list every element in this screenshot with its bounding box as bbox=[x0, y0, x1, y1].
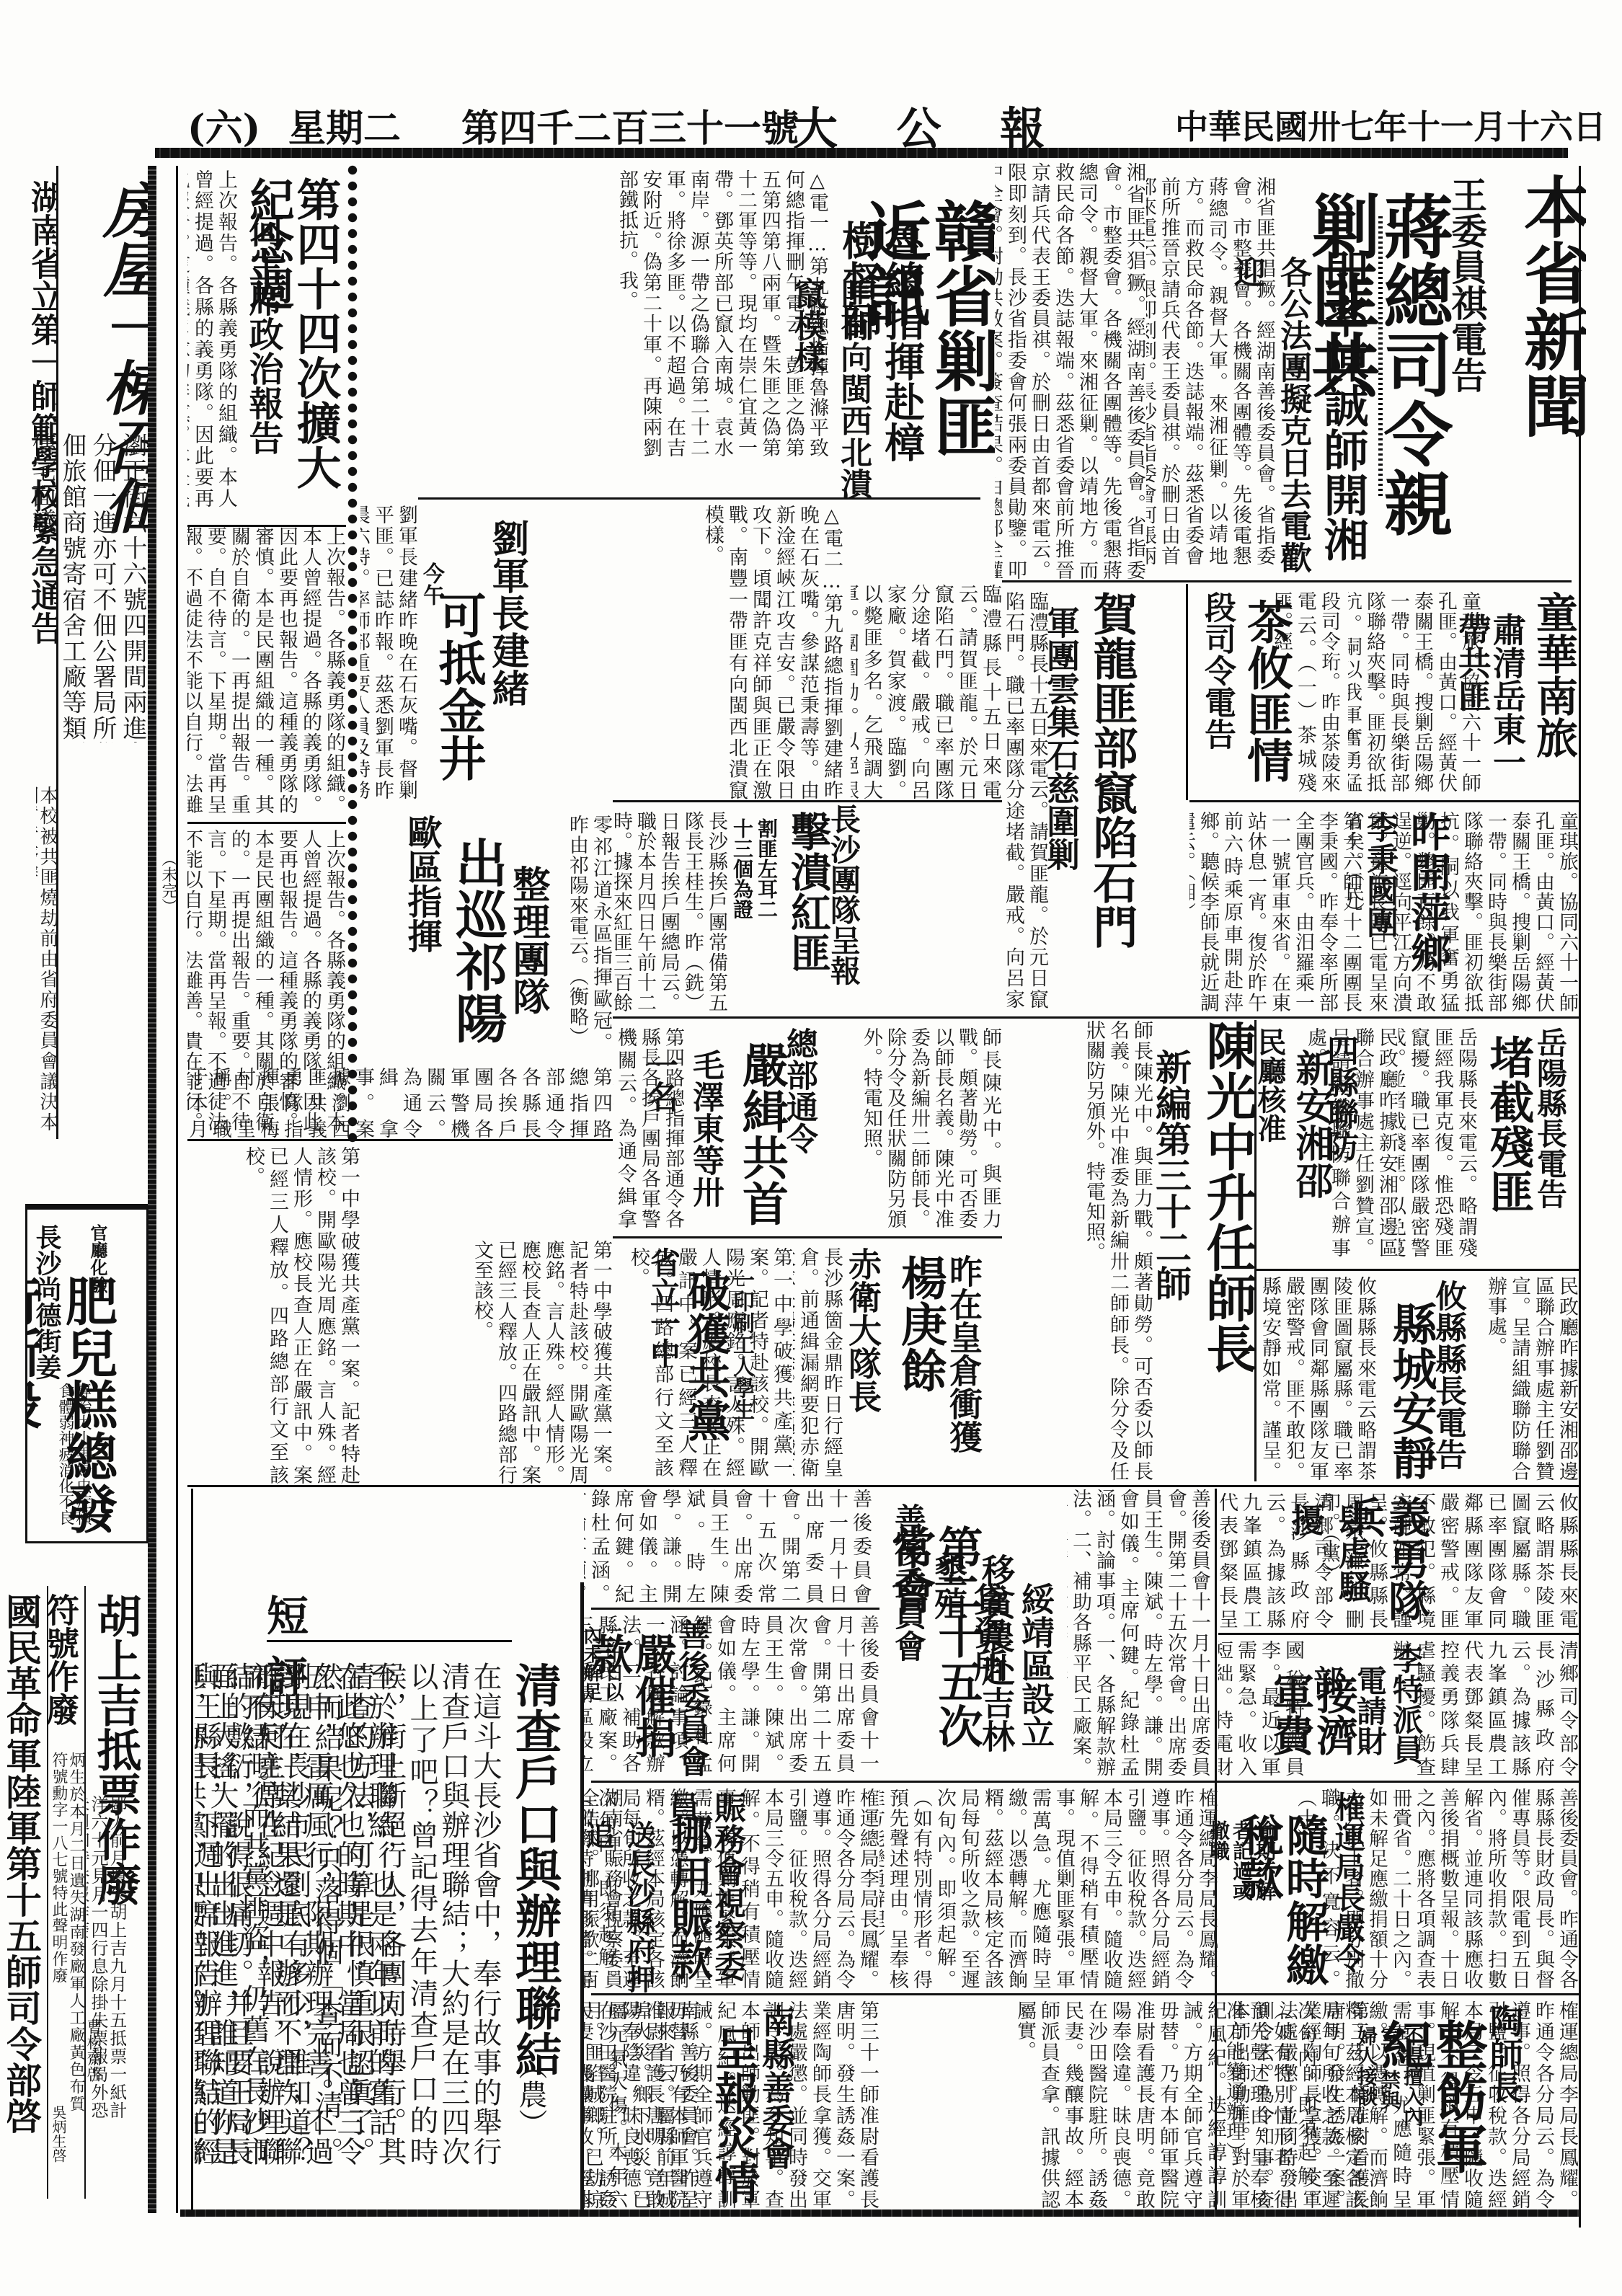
headline: 堵截殘匪 bbox=[1485, 1034, 1532, 1213]
article-memorial-week-continued: 上次報告。各縣義勇隊的組織。本人曾經提過。各縣的義勇隊。因此要再也報告。這種義勇… bbox=[187, 526, 346, 815]
headline: 賀龍匪部竄陷石門 bbox=[1089, 591, 1135, 949]
article-body: 臨澧縣長十五日來電云。請賀匪龍。於元日竄陷石門。職已率團隊分途堵截。嚴戒。向呂家… bbox=[1002, 591, 1049, 1009]
article-body-prev: 善後委員會十一月十日出席委員會。開第二十五次常會。出席委員王生。陳斌。時左學。謙… bbox=[721, 1615, 879, 1773]
editorial-byline: （農） bbox=[510, 2051, 551, 2137]
divider bbox=[613, 800, 1002, 802]
ad-column-border-inner bbox=[176, 166, 178, 2213]
article-mao: 師長陳光中。與匪力戰。頗著勛勞。可否委以師長名義。陳光中准委為新編卅二師師長。除… bbox=[613, 1020, 1002, 1236]
bottom-rule bbox=[180, 2209, 1579, 2217]
article-body-fragment-2: 第一中學破獲共產黨一案。記者特赴該校。開歐陽光周應銘。言人殊。經人情形。應校長查… bbox=[187, 1146, 360, 1485]
publication-date: 中華民國卅七年十一月十六日 bbox=[1175, 99, 1606, 150]
article-jiangxi-body2: △電二…第九路總指揮劉建緒昨晚在石灰嘴。參謀范秉壽等。由新淦經峽江攻吉安。已嚴令… bbox=[555, 505, 843, 800]
article-liu-jianxu-body: 劉軍長建緒昨晚在石灰嘴。督剿平匪。已誌昨報。茲悉劉軍長昨晨六時。率師部重要人員及… bbox=[360, 505, 418, 800]
article-wang-telegram-continued: 湘省匪共猖獗。經湖南善後委員會。省指委會。市整委會。各機關各團體等。先後電懇蔣總… bbox=[995, 162, 1146, 580]
article-body-prev: 善後委員會。昨通令各縣縣長財政局長。與督催專員等。限電到五日內。將所收捐款。扫數… bbox=[1377, 1788, 1579, 1990]
article-chen-guangzhong-body: 師長陳光中。與匪力戰。頗著勛勞。可否委以師長名義。陳光中准委為新編卅二師師長。除… bbox=[1002, 1020, 1153, 1481]
headline: 縣城安靜 bbox=[1388, 1301, 1435, 1480]
divider bbox=[187, 1139, 613, 1141]
article-body: 第一中學破獲共產黨一案。記者特赴該校。開歐陽光周應銘。言人殊。經人情形。應校長查… bbox=[757, 1247, 793, 1478]
page-number: (六) bbox=[187, 99, 260, 150]
subheadline: 即率陳誠師開湘 bbox=[1319, 249, 1366, 562]
divider bbox=[187, 822, 346, 824]
ornament-rule bbox=[267, 1640, 512, 1645]
article-body: 湖南省賑務會視察委員全浩然。挪用賑款二百餘元。經該會查實。送押長沙縣政府云。逕啟… bbox=[584, 1788, 624, 1990]
ad-body: 炳生於本月二日遺失湖南發廠軍人工廠黃色布質符號勳字一八七號特此聲明作廢 bbox=[63, 1752, 84, 2112]
section-label: 本省新聞 bbox=[1499, 173, 1586, 490]
ad-lost-note-signer: 曹松齋啓 bbox=[83, 2018, 105, 2127]
article-body: 長沙縣箇金鼎昨日行經皇倉。前通緝漏網要犯赤衛大隊長楊庚餘。突遇職區同仁。十七午前… bbox=[793, 1247, 843, 1478]
article-body: △電一…第九路總指揮魯滌平致何總指揮刪午電云。彭匪之偽第五第四第八兩軍。暨朱匪之… bbox=[411, 169, 829, 458]
article-body-prev: 榷運總局李局長鳳耀。昨通令各分局云。為令遵事。照得各分局經銷引鹽。征收稅款。迭經… bbox=[1535, 2000, 1579, 2209]
right-border bbox=[1579, 166, 1581, 2228]
article-body: 長沙縣挨戶團常備第五隊長王桂生。昨（銑）日報告挨戶團總局云。職於本月四日午前十二… bbox=[613, 811, 728, 1013]
kicker: 榷運局長嚴令 bbox=[1326, 1791, 1370, 1973]
divider bbox=[1254, 1020, 1257, 1481]
issue-number: 第四千二百三十一號 bbox=[461, 99, 799, 150]
kicker: 民廳核准 bbox=[1254, 1027, 1290, 1143]
article-youxian: 民政廳昨據新安湘邵邊區聯合辦事處主任劉贊宣。呈請組織聯防聯合辦事處。 攸縣縣長電… bbox=[1258, 1272, 1579, 1485]
headline: 挪用賑款 bbox=[666, 1813, 710, 1980]
ad-body: 瀏正街六十六號四開間兩進半樓上樓下大小四十一間分佃一進亦可不佃公署局所學校及一切… bbox=[50, 433, 148, 743]
ad-title: 湖南省立第一師範學校緊急通告 bbox=[22, 180, 58, 644]
ad-column-border bbox=[148, 166, 156, 2213]
article-jiangxi: 贛省剿匪近訊 魯總指揮赴樟樹督師 匪有向閩西北潰竄模樣 △電一…第九路總指揮魯滌… bbox=[411, 162, 995, 501]
headline: 呈報災情 bbox=[710, 2026, 757, 2204]
divider bbox=[591, 1608, 879, 1610]
ad-title: 國民革命軍陸軍第十五師司令部啓 bbox=[7, 1593, 47, 2134]
article-yueyang: 岳陽縣長電告 堵截殘匪 岳陽縣長來電云。略謂殘匪經我軍克復。惟恐殘匪竄擾。職已率… bbox=[1399, 1020, 1579, 1265]
article-body: 岳陽縣長來電云。略謂殘匪經我軍克復。惟恐殘匪竄擾。職已率團隊嚴密警戒。並堵截殘匪… bbox=[1399, 1027, 1478, 1258]
article-tax: 善後委員會。昨通令各縣縣長財政局長。與督催專員等。限電到五日內。將所收捐款。扫數… bbox=[879, 1784, 1579, 1993]
article-body: 第十六師九十二團團長李秉國。昨奉令率所部全團官兵。由汨羅乘一一一號軍車來省。在東… bbox=[1189, 811, 1362, 1013]
subheadline: 赤衛大隊長 bbox=[839, 1247, 887, 1413]
kicker: 岳陽縣長電告 bbox=[1528, 1027, 1572, 1209]
article-body-prev: 攸縣縣長來電云略謂茶陵匪圖竄屬縣。職已率團隊會同鄰縣團隊友軍嚴密警戒。匪不敢犯。… bbox=[1435, 1492, 1579, 1629]
subheadline-2: 綏靖區設立貸資所 bbox=[965, 1582, 1060, 1777]
article-military-fund: 清鄉司令部令長沙縣政府云。為據該縣九峯鎮區農工代表鄧粲長呈控義勇隊兵肆虐騷擾。飭… bbox=[1218, 1636, 1579, 1781]
article-chayou: 段司令電告 茶攸匪情 段司令珩。昨由茶陵來電云。（一）茶城殘匪。經 bbox=[1189, 584, 1348, 800]
masthead-rule bbox=[155, 148, 1568, 158]
headline: 可抵金井 bbox=[433, 591, 483, 781]
article-body: 攸縣縣長來電云略謂茶陵匪圖竄屬縣。職已率團隊會同鄰縣團隊友軍嚴密警戒。匪不敢犯。… bbox=[1258, 1276, 1377, 1481]
article-liu-jianxu: 今午 可抵金井 劉軍長建緒 bbox=[418, 505, 562, 800]
article-hongfei: 擊潰紅匪 長沙團隊呈報 割匪左耳二十三個為證 長沙縣挨戶團常備第五隊長王桂生。昨… bbox=[613, 804, 1002, 1020]
ad-title: 符號作廢 bbox=[47, 1593, 84, 1726]
article-body: 零祁江道永區指揮歐冠。昨由祁陽來電云。（衡略） bbox=[555, 815, 613, 1052]
article-body: 南縣善後委員會。昨呈報來省云。屬縣前年城埠火災。鄉下水災。已屬元氣大傷。本年六月… bbox=[584, 2000, 699, 2209]
ad-body: 專治大小男婦虫症積食體弱神疲消化不良 bbox=[56, 1383, 91, 1527]
paper-name: 大 公 報 bbox=[793, 99, 1066, 150]
divider bbox=[591, 1781, 879, 1783]
kicker: 歐區指揮 bbox=[397, 815, 447, 953]
ad-cake: 官廳化驗 肥兒糕總發行所設 長沙尚德街姜 專治大小男婦虫症積食體弱神疲消化不良 bbox=[25, 1207, 149, 1543]
article-body: 第四路總指揮部通令各縣長各挨戶團局各軍警機關云。為通令緝拿事。案據瀏西匪共義勇隊… bbox=[613, 1027, 685, 1229]
editorial-paragraph-3: 昨天何主席在紀念週中報告，說辦理聯結的敷衍，說得很痛切。并且要王局長與王縣長，下… bbox=[195, 1662, 285, 2166]
article-body: 清鄉司令部令長沙縣政府云。為據該縣九峯鎮區農工代表鄧粲長呈控義勇隊兵肆虐騷擾。飭… bbox=[1218, 1492, 1334, 1629]
headline: 童華南旅 bbox=[1531, 591, 1575, 758]
article-shanhou-funds: 善後委員會十一月十日出席委員會。開第二十五次常會。出席委員王生。陳斌。時左學。謙… bbox=[584, 1611, 879, 1777]
article-shanhou-meeting: 善後委員會 第二十五次常會 移貧農赴吉林墾殖 綏靖區設立貸資所 bbox=[879, 1489, 1060, 1777]
newspaper-page: (六) 星期二 第四千二百三十一號 大 公 報 中華民國卅七年十一月十六日 本省… bbox=[0, 0, 1622, 2296]
article-body-prev: 榷運總局李局長鳳耀。昨通令各分局云。為令遵事。照得各分局經銷引鹽。征收稅款。迭經… bbox=[757, 1788, 879, 1990]
article-body-prev: 民政廳昨據新安湘邵邊區聯合辦事處主任劉贊宣。呈請組織聯防聯合辦事處。 bbox=[1478, 1276, 1579, 1481]
ad-lost-badge: 符號作廢 炳生於本月二日遺失湖南發廠軍人工廠黃色布質符號勳字一八七號特此聲明作廢… bbox=[47, 1586, 86, 2199]
headline: 出巡祁陽 bbox=[450, 836, 505, 1044]
subheadline: 劉軍長建緒 bbox=[487, 519, 526, 706]
headline: 嚴緝共首 bbox=[737, 1042, 786, 1226]
divider bbox=[1189, 800, 1579, 802]
article-wang-telegram: 王委員祺電告 蔣總司令親剿匪共 即率陳誠師開湘 各公法團擬克日去電歡迎 湘省匪共… bbox=[1146, 162, 1492, 580]
article-body-prev: 師長陳光中。與匪力戰。頗著勛勞。可否委以師長名義。陳光中准委為新編卅二師師長。除… bbox=[829, 1027, 1002, 1229]
ad-school-notice-body: 本校被共匪燒劫前由省府委員會議決本期暫行停辦 bbox=[36, 786, 58, 1132]
article-yang-gengyu: 昨在皇倉衝獲 楊庚餘 赤衛大隊長 長沙縣箇金鼎昨日行經皇倉。前通緝漏網要犯赤衛大… bbox=[793, 1240, 1002, 1485]
subheadline: 新編第三十二師 bbox=[1153, 1049, 1197, 1301]
note: 割匪左耳二十三個為證 bbox=[730, 818, 779, 926]
article-tong-brigade: 童華南旅 肅清岳東一帶共匪 童琪旅。協同六十一師孔匪。由黃口。經黃伏泰關王橋。搜… bbox=[1348, 584, 1579, 800]
editorial-headline: 清查戶口與辦理聯結 bbox=[510, 1662, 559, 2077]
article-body: 第三十一師准尉看護長唐明。發生誘姦一案。業經陶師長拿獲。交軍法處嚴懲。並同時發出… bbox=[879, 2000, 1370, 2209]
article-chen-guangzhong: 陳光中升任師長 新編第三十二師 bbox=[1153, 1020, 1254, 1481]
article-body: 民政廳昨據新安湘邵邊區聯合辦事處主任劉贊宣。呈請組織聯防聯合辦事處。 bbox=[1362, 1027, 1399, 1258]
ad-location: 長沙尚德街姜 bbox=[29, 1224, 66, 1380]
article-body: 段司令珩。昨由茶陵來電云。（一）茶城殘匪。經 bbox=[1290, 591, 1341, 793]
article-memorial-week: 第四十四次擴大紀念週 何主席政治報告 上次報告。各縣義勇隊的組織。本人曾經提過。… bbox=[187, 162, 346, 523]
divider bbox=[1218, 1633, 1579, 1635]
divider bbox=[879, 1993, 1579, 1995]
divider bbox=[1002, 1016, 1579, 1019]
subheadline: 整理團隊 bbox=[501, 865, 555, 1015]
divider bbox=[1002, 580, 1572, 582]
article-disaster: 第三十一師准尉看護長唐明。發生誘姦一案。業經陶師長拿獲。交軍法處嚴懲。並同時發出… bbox=[584, 1997, 879, 2213]
headline: 楊庚餘 bbox=[896, 1254, 944, 1393]
divider bbox=[191, 1489, 193, 2209]
article-body-prev: 童琪旅。協同六十一師孔匪。由黃口。經黃伏泰關王橋。搜剿岳陽鄉一帶。同時與長樂街部… bbox=[1456, 811, 1579, 1013]
subheadline: 二十日以內未解足應繳額十分之六者撤職 bbox=[584, 1626, 624, 1712]
divider bbox=[613, 1236, 1002, 1238]
editorial-paragraph-2: 至於辦理聯結，也是兩年以前的舊話。在此悠也久也的時期中，當局也曾三令五申，雷厲風… bbox=[288, 1662, 396, 2166]
subheadline: 長沙團隊呈報 bbox=[822, 804, 865, 985]
divider bbox=[1186, 584, 1188, 800]
divider bbox=[879, 1781, 1579, 1783]
article-helong-continued: 臨澧縣長十五日來電云。請賀匪龍。於元日竄陷石門。職已率團隊分途堵截。嚴戒。向呂家… bbox=[851, 584, 1002, 800]
divider bbox=[591, 1993, 879, 1995]
article-body: 上次報告。各縣義勇隊的組織。本人曾經提過。各縣的義勇隊。因此要再也報告。這種義勇… bbox=[187, 169, 238, 508]
article-body: 榷運總局李局長鳳耀。昨通令各分局云。為令遵事。照得各分局經銷引鹽。征收稅款。迭經… bbox=[879, 1788, 1218, 1990]
ad-signer: 吳炳生啓 bbox=[48, 2105, 69, 2163]
editorial-paragraph-1: 在這斗大長沙省會中，奉行故事的舉行清查戶口與辦理聯結；大約是在三四次以上了吧？曾… bbox=[400, 1662, 501, 2166]
divider bbox=[187, 525, 346, 527]
divider bbox=[1254, 1269, 1579, 1271]
article-first-middle-body: 第一中學破獲共產黨一案。記者特赴該校。開歐陽光周應銘。言人殊。經人情形。應校長查… bbox=[360, 1240, 613, 1485]
divider bbox=[613, 1016, 1002, 1019]
ad-army-hq: 國民革命軍陸軍第十五師司令部啓 bbox=[7, 1586, 47, 2199]
divider bbox=[580, 1582, 584, 2209]
article-body-prev: 清鄉司令部令長沙縣政府云。為據該縣九峯鎮區農工代表鄧粲長呈控義勇隊兵肆虐騷擾。飭… bbox=[1435, 1640, 1579, 1777]
wavy-divider bbox=[1378, 216, 1383, 497]
article-body: 湘省匪共猖獗。經湖南善後委員會。省指委會。市整委會。各機關各團體等。先後電懇蔣總… bbox=[1146, 177, 1276, 566]
divider bbox=[187, 1485, 1579, 1487]
bead-divider bbox=[347, 162, 358, 1143]
weekday: 星期二 bbox=[288, 99, 401, 150]
article-relief-funds: 榷運總局李局長鳳耀。昨通令各分局云。為令遵事。照得各分局經銷引鹽。征收稅款。迭經… bbox=[584, 1784, 879, 1993]
article-helong: 賀龍匪部竄陷石門 軍團雲集石慈圍剿 臨澧縣長十五日來電云。請賀匪龍。於元日竄陷石… bbox=[1002, 584, 1186, 1016]
article-xinan: 民廳核准 新安湘邵 四縣聯防 民政廳昨據新安湘邵邊區聯合辦事處主任劉贊宣。呈請組… bbox=[1254, 1020, 1399, 1265]
article-body-fragment: 第四路總指揮部通令各縣長各挨戶團局各軍警機關云。為通令緝拿事。案據瀏西匪共義勇隊… bbox=[187, 1067, 613, 1139]
article-shanhou-meeting-body: 善後委員會十一月十日出席委員會。開第二十五次常會。出席委員王生。陳斌。時左學。謙… bbox=[1067, 1489, 1211, 1777]
article-volunteer: 攸縣縣長來電云略謂茶陵匪圖竄屬縣。職已率團隊會同鄰縣團隊友軍嚴密警戒。匪不敢犯。… bbox=[1218, 1489, 1579, 1633]
article-discipline: 榷運總局李局長鳳耀。昨通令各分局云。為令遵事。照得各分局經銷引鹽。征收稅款。迭經… bbox=[879, 1997, 1579, 2213]
kicker: 段司令電告 bbox=[1194, 591, 1240, 750]
article-pingxiang: 昨開萍鄉 李秉國團 第十六師九十二團團長李秉國。昨奉令率所部全團官兵。由汨羅乘一… bbox=[1189, 804, 1579, 1020]
article-first-middle: 省立一中 破獲共黨 一印刷工人學生 第一中學破獲共產黨一案。記者特赴該校。開歐陽… bbox=[613, 1240, 793, 1485]
article-body: 童琪旅。協同六十一師孔匪。由黃口。經黃伏泰關王橋。搜剿岳陽鄉一帶。同時與長樂街部… bbox=[1348, 591, 1481, 793]
divider bbox=[418, 497, 980, 500]
unfinished-note: （未完） bbox=[162, 851, 180, 937]
headline: 陳光中升任師長 bbox=[1202, 1020, 1255, 1373]
article-shanhou-meeting-body-2: 善後委員會十一月十日出席委員會。開第二十五次常會。出席委員王生。陳斌。時左學。謙… bbox=[584, 1489, 872, 1604]
subheadline: 何主席政治報告 bbox=[245, 213, 281, 455]
article-body-prev: 第三十一師准尉看護長唐明。發生誘姦一案。業經陶師長拿獲。交軍法處嚴懲。並同時發出… bbox=[807, 2000, 879, 2209]
editorial: 短評 清查戶口與辦理聯結 （農） 在這斗大長沙省會中，奉行故事的舉行清查戶口與辦… bbox=[195, 1489, 580, 2209]
article-body: 國稅特派員李。最近以軍需緊急。收入短絀。特電財部。請設法接濟。因近來軍費欠發甚多… bbox=[1218, 1640, 1305, 1777]
